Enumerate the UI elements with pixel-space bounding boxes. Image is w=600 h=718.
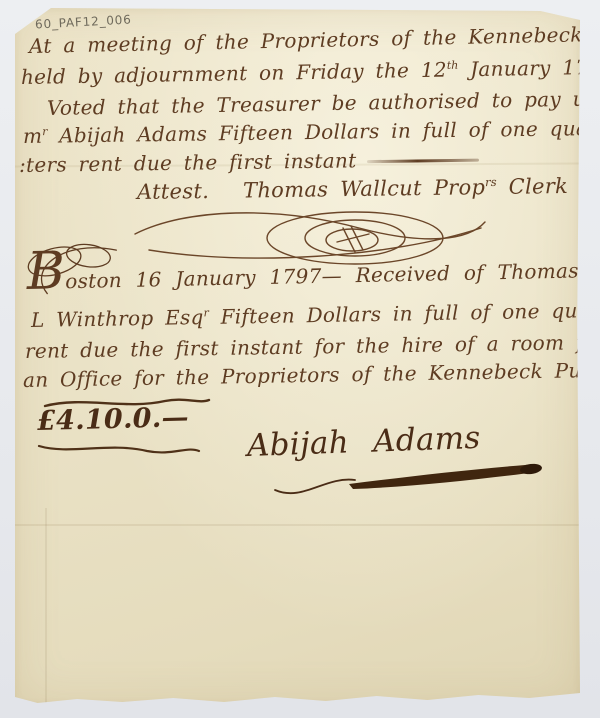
document-paper: 60_PAF12_006 At a meeting of the Proprie… <box>15 8 580 705</box>
minutes-line-5: :ters rent due the first instant <box>19 147 479 177</box>
attest-clerk-name: Thomas Wallcut Prop <box>243 175 485 202</box>
receipt-line-2-text: L Winthrop Esq <box>31 305 204 332</box>
minutes-line-2-text: held by adjournment on Friday the 12 <box>21 58 447 89</box>
receipt-line-2-tail: Fifteen Dollars in full of one quarters <box>209 297 600 329</box>
receipt-line-1: Boston 16 January 1797— Received of Thom… <box>27 258 579 294</box>
amount-pounds: £4.10.0.— <box>37 402 190 437</box>
attest-clerk-title: Clerk <box>496 174 568 199</box>
receipt-line-2: L Winthrop Esqr Fifteen Dollars in full … <box>31 297 600 332</box>
boston-initial-flourish <box>20 240 131 302</box>
minutes-line-3: Voted that the Treasurer be authorised t… <box>47 86 600 120</box>
amount-flourish-bottom <box>37 440 202 456</box>
minutes-line-2-tail: January 1798 <box>458 55 600 82</box>
attest-superscript: rs <box>485 175 497 189</box>
minutes-line-4: mr Abijah Adams Fifteen Dollars in full … <box>23 116 600 148</box>
fold-crease-horizontal-lower <box>15 524 580 526</box>
receipt-line-4: an Office for the Proprietors of the Ken… <box>23 357 600 392</box>
minutes-line-5-text: :ters rent due the first instant <box>19 148 357 177</box>
fold-crease-vertical <box>45 508 47 705</box>
minutes-line-4-text: m <box>23 124 43 148</box>
minutes-line-2: held by adjournment on Friday the 12th J… <box>21 55 600 89</box>
minutes-line-2-superscript: th <box>447 59 459 72</box>
ink-dash-stroke <box>366 159 478 164</box>
receipt-line-3: rent due the first instant for the hire … <box>25 330 600 363</box>
catalog-number: 60_PAF12_006 <box>35 12 132 31</box>
signature-underline-flourish <box>263 456 563 508</box>
minutes-line-4-tail: Abijah Adams Fifteen Dollars in full of … <box>47 116 600 148</box>
scan-background: 60_PAF12_006 At a meeting of the Proprie… <box>0 0 600 718</box>
